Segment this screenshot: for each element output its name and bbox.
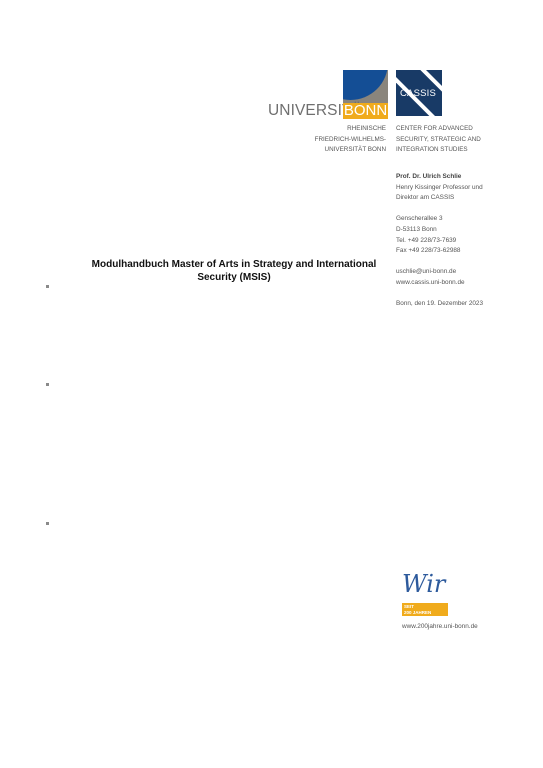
contact-address: Genscherallee 3	[396, 214, 483, 225]
anniversary-badge: SEIT 200 JAHREN	[402, 603, 448, 616]
contact-address: D-53113 Bonn	[396, 225, 483, 236]
contact-block: Prof. Dr. Ulrich Schlie Henry Kissinger …	[396, 172, 483, 310]
anniversary-url[interactable]: www.200jahre.uni-bonn.de	[402, 623, 478, 630]
contact-role: Direktor am CASSIS	[396, 193, 483, 204]
anniversary-logo: Wir SEIT 200 JAHREN	[400, 570, 450, 618]
cassis-logo: CASSIS	[396, 70, 442, 116]
bullet-marker	[46, 285, 49, 288]
university-logo-mark	[343, 70, 388, 103]
contact-website[interactable]: www.cassis.uni-bonn.de	[396, 278, 483, 289]
contact-fax: Fax +49 228/73-62988	[396, 246, 483, 257]
bullet-marker	[46, 383, 49, 386]
anniversary-script: Wir	[402, 570, 445, 598]
cassis-subtitle: CENTER FOR ADVANCED SECURITY, STRATEGIC …	[396, 124, 481, 156]
cassis-logo-text: CASSIS	[400, 88, 436, 99]
university-wordmark-bonn: BONN	[343, 103, 388, 119]
contact-role: Henry Kissinger Professor und	[396, 183, 483, 194]
document-title: Modulhandbuch Master of Arts in Strategy…	[80, 258, 388, 285]
document-date: Bonn, den 19. Dezember 2023	[396, 299, 483, 310]
university-bonn-logo: UNIVERSITÄT BONN	[268, 70, 388, 122]
university-subtitle: RHEINISCHE FRIEDRICH-WILHELMS- UNIVERSIT…	[300, 124, 386, 156]
contact-name: Prof. Dr. Ulrich Schlie	[396, 172, 483, 183]
contact-phone: Tel. +49 228/73-7639	[396, 236, 483, 247]
bullet-marker	[46, 522, 49, 525]
contact-email[interactable]: uschlie@uni-bonn.de	[396, 267, 483, 278]
